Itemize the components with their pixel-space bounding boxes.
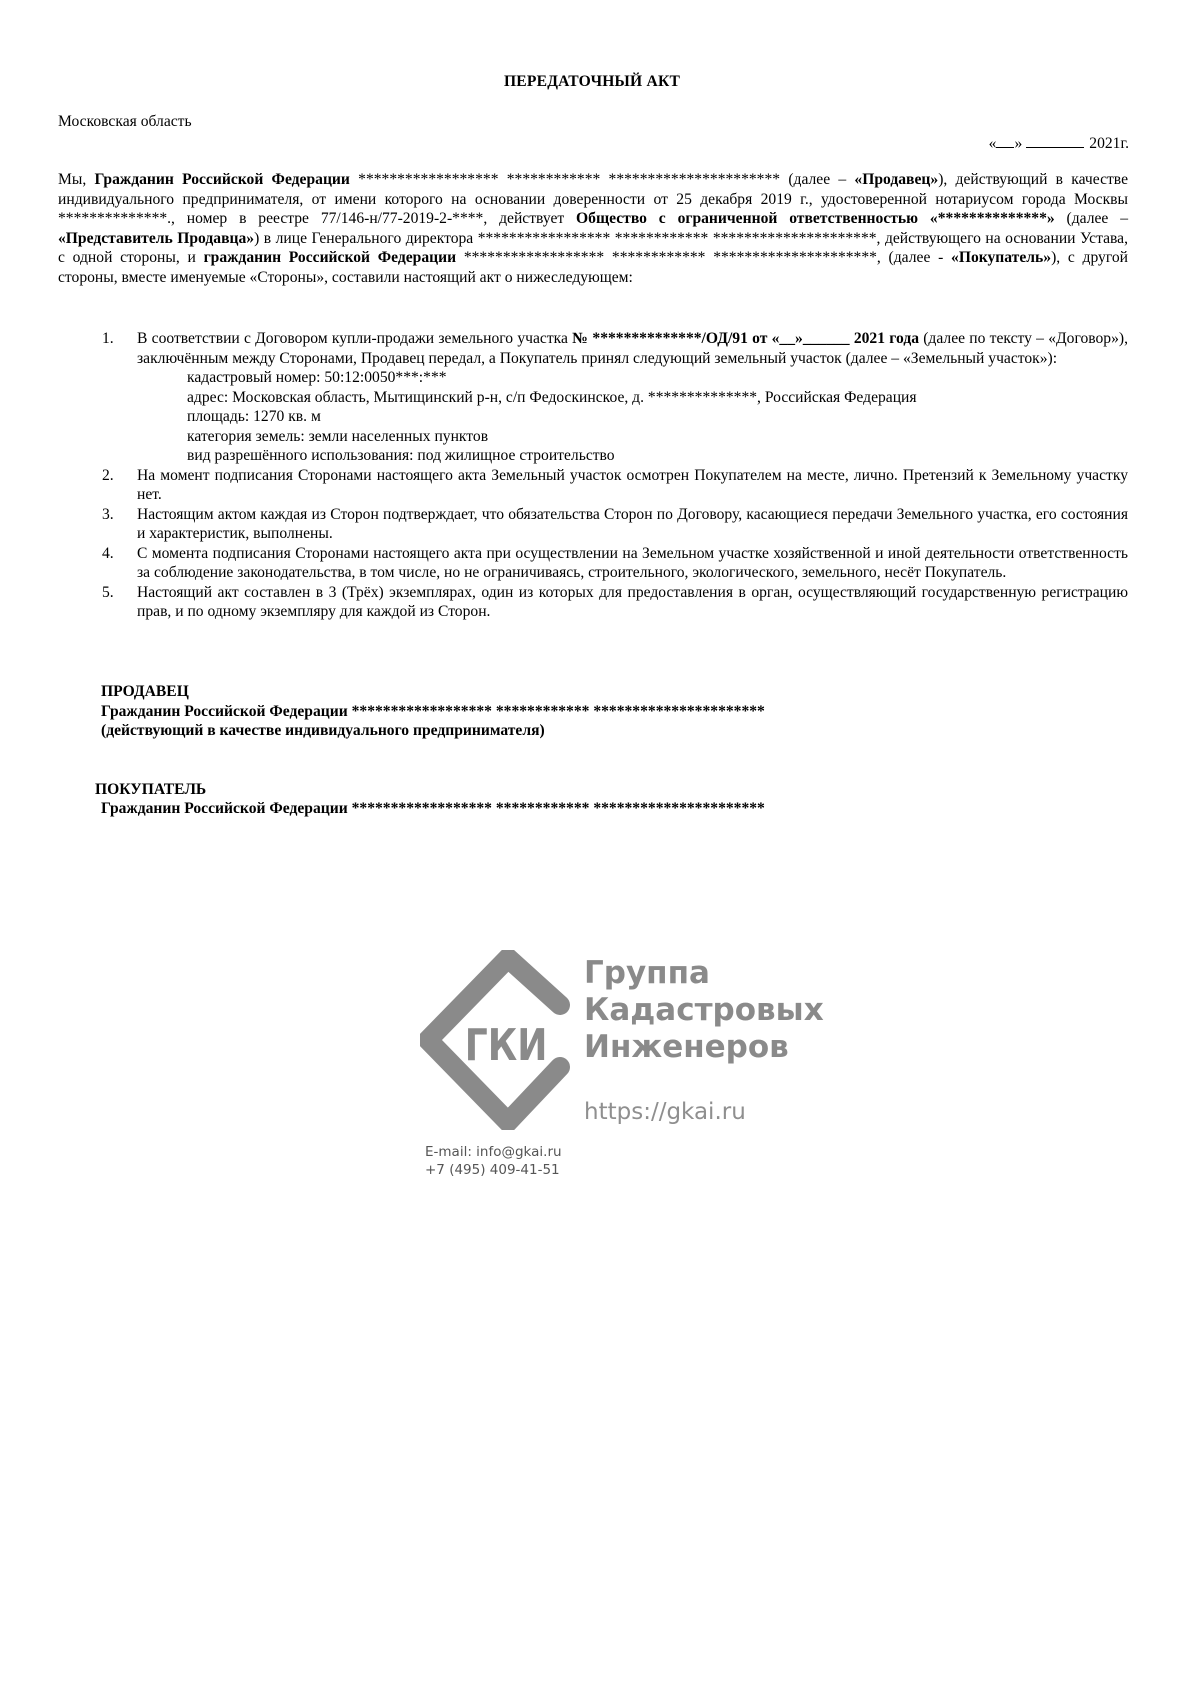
clause-number: 2. [102, 466, 114, 486]
seller-alias: «Продавец» [854, 171, 938, 188]
document-title: ПЕРЕДАТОЧНЫЙ АКТ [0, 72, 1184, 92]
clause-text: На момент подписания Сторонами настоящег… [137, 467, 1128, 504]
company-url[interactable]: https://gkai.ru [584, 1098, 746, 1126]
seller-name: Гражданин Российской Федерации *********… [101, 702, 765, 722]
seller-signature-block: ПРОДАВЕЦ Гражданин Российской Федерации … [101, 682, 765, 741]
seller-label: Гражданин Российской Федерации [94, 171, 349, 188]
date-open-quote: « [989, 135, 997, 152]
clause-number: 3. [102, 505, 114, 525]
company-phone: +7 (495) 409-41-51 [425, 1161, 562, 1179]
clause-3: 3. Настоящим актом каждая из Сторон подт… [58, 505, 1128, 544]
clause-number: 5. [102, 583, 114, 603]
month-blank [1026, 133, 1084, 148]
clause-2: 2. На момент подписания Сторонами настоя… [58, 466, 1128, 505]
land-plot-details: кадастровый номер: 50:12:0050***:*** адр… [137, 368, 1128, 466]
clauses-list: 1. В соответствии с Договором купли-прод… [58, 329, 1128, 622]
intro-paragraph: Мы, Гражданин Российской Федерации *****… [58, 170, 1128, 287]
seller-note: (действующий в качестве индивидуального … [101, 721, 765, 741]
document-city: Московская область [58, 112, 192, 132]
clause-text: В соответствии с Договором купли-продажи… [137, 330, 572, 347]
clause-text: Настоящий акт составлен в 3 (Трёх) экзем… [137, 584, 1128, 621]
cadastral-number: кадастровый номер: 50:12:0050***:*** [187, 368, 1128, 388]
company-name-line: Инженеров [584, 1029, 824, 1066]
gki-logo-icon: ГКИ [420, 950, 580, 1130]
date-year: 2021г. [1089, 135, 1129, 152]
clause-text: С момента подписания Сторонами настоящег… [137, 545, 1128, 582]
plot-area: площадь: 1270 кв. м [187, 407, 1128, 427]
seller-heading: ПРОДАВЕЦ [101, 682, 765, 702]
clause-number: 4. [102, 544, 114, 564]
logo-letters: ГКИ [465, 1021, 548, 1071]
document-date: «»2021г. [989, 133, 1129, 154]
buyer-alias: «Покупатель» [951, 249, 1051, 266]
date-close-quote: » [1014, 135, 1022, 152]
representative-alias: «Представитель Продавца» [58, 230, 254, 247]
intro-text: (далее – [1055, 210, 1128, 227]
buyer-name: Гражданин Российской Федерации *********… [101, 799, 765, 819]
intro-text: Мы, [58, 171, 94, 188]
buyer-label: гражданин Российской Федерации [204, 249, 457, 266]
intro-text: ****************** ************ ********… [350, 171, 855, 188]
company-label: Общество с ограниченной ответственностью… [576, 210, 1055, 227]
company-email[interactable]: E-mail: info@gkai.ru [425, 1143, 562, 1161]
clause-4: 4. С момента подписания Сторонами настоя… [58, 544, 1128, 583]
company-name: Группа Кадастровых Инженеров [584, 955, 824, 1066]
permitted-use: вид разрешённого использования: под жили… [187, 446, 1128, 466]
company-name-line: Кадастровых [584, 992, 824, 1029]
clause-5: 5. Настоящий акт составлен в 3 (Трёх) эк… [58, 583, 1128, 622]
company-contacts: E-mail: info@gkai.ru +7 (495) 409-41-51 [425, 1143, 562, 1179]
buyer-heading: ПОКУПАТЕЛЬ [95, 780, 206, 800]
day-blank [996, 133, 1014, 148]
clause-number: 1. [102, 329, 114, 349]
clause-1: 1. В соответствии с Договором купли-прод… [58, 329, 1128, 466]
contract-reference: № **************/ОД/91 от «__»______ 202… [572, 330, 919, 347]
company-name-line: Группа [584, 955, 824, 992]
land-category: категория земель: земли населенных пункт… [187, 427, 1128, 447]
intro-text: ****************** ************ ********… [456, 249, 951, 266]
plot-address: адрес: Московская область, Мытищинский р… [187, 388, 1128, 408]
clause-text: Настоящим актом каждая из Сторон подтвер… [137, 506, 1128, 543]
